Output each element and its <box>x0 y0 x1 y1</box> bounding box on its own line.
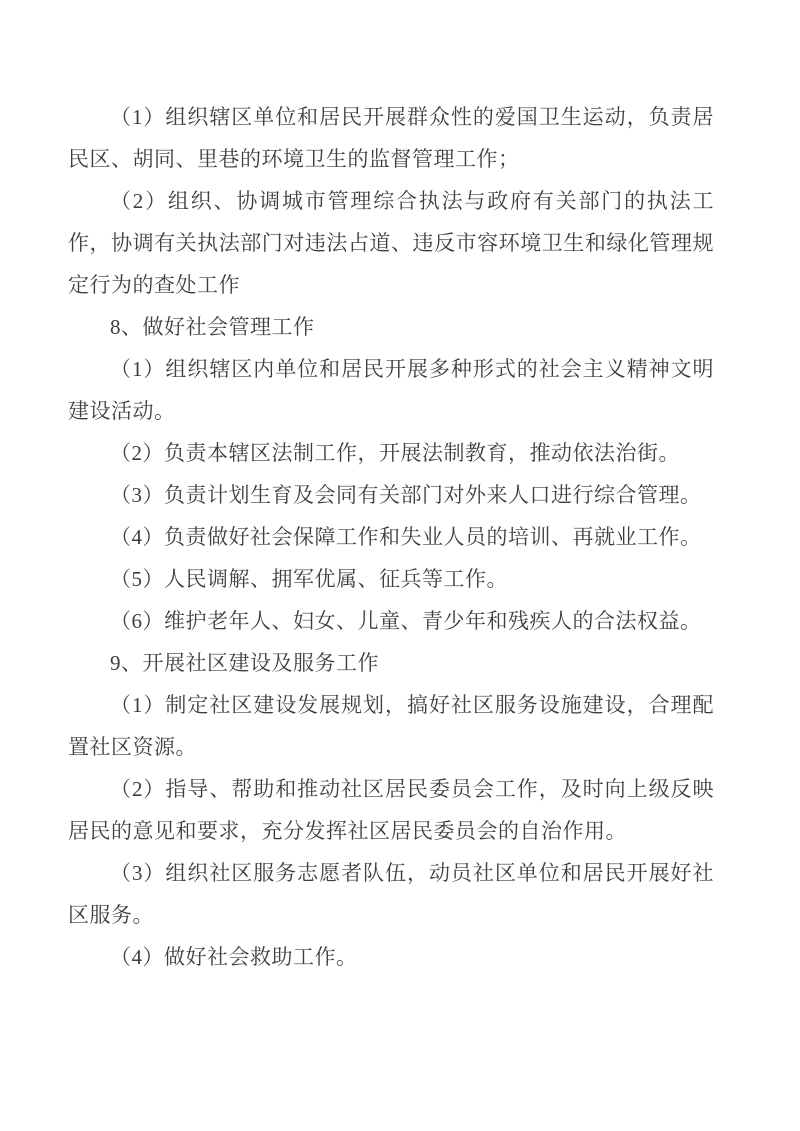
section-heading-8: 8、做好社会管理工作 <box>68 306 714 348</box>
document-page: （1）组织辖区单位和居民开展群众性的爱国卫生运动，负责居民区、胡同、里巷的环境卫… <box>0 0 800 1131</box>
document-body: （1）组织辖区单位和居民开展群众性的爱国卫生运动，负责居民区、胡同、里巷的环境卫… <box>68 96 714 978</box>
duty-item: （5）人民调解、拥军优属、征兵等工作。 <box>68 558 714 600</box>
duty-item: （1）组织辖区内单位和居民开展多种形式的社会主义精神文明建设活动。 <box>68 348 714 432</box>
duty-item: （4）负责做好社会保障工作和失业人员的培训、再就业工作。 <box>68 516 714 558</box>
duty-item: （2）负责本辖区法制工作，开展法制教育，推动依法治街。 <box>68 432 714 474</box>
duty-item: （1）制定社区建设发展规划，搞好社区服务设施建设，合理配置社区资源。 <box>68 684 714 768</box>
duty-item: （6）维护老年人、妇女、儿童、青少年和残疾人的合法权益。 <box>68 600 714 642</box>
duty-item: （4）做好社会救助工作。 <box>68 936 714 978</box>
duty-item: （2）组织、协调城市管理综合执法与政府有关部门的执法工作，协调有关执法部门对违法… <box>68 180 714 306</box>
duty-item: （3）负责计划生育及会同有关部门对外来人口进行综合管理。 <box>68 474 714 516</box>
duty-item: （3）组织社区服务志愿者队伍，动员社区单位和居民开展好社区服务。 <box>68 852 714 936</box>
duty-item: （1）组织辖区单位和居民开展群众性的爱国卫生运动，负责居民区、胡同、里巷的环境卫… <box>68 96 714 180</box>
section-heading-9: 9、开展社区建设及服务工作 <box>68 642 714 684</box>
duty-item: （2）指导、帮助和推动社区居民委员会工作，及时向上级反映居民的意见和要求，充分发… <box>68 768 714 852</box>
